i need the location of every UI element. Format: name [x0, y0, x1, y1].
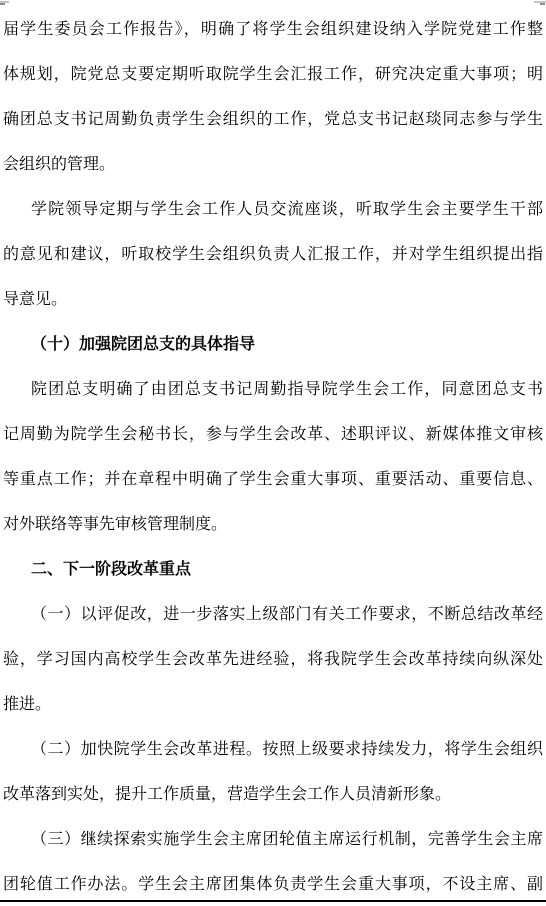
body-text-line: 确团总支书记周勤负责学生会组织的工作，党总支书记赵琰同志参与学生: [3, 97, 543, 142]
section-heading-line: 二、下一阶段改革重点: [3, 547, 543, 592]
body-text-line: 等重点工作；并在章程中明确了学生会重大事项、重要活动、重要信息、: [3, 457, 543, 502]
body-text-line: （一）以评促改，进一步落实上级部门有关工作要求，不断总结改革经: [3, 592, 543, 637]
body-text-line: 学院领导定期与学生会工作人员交流座谈，听取学生会主要学生干部: [3, 187, 543, 232]
body-text-line: 验，学习国内高校学生会改革先进经验，将我院学生会改革持续向纵深处: [3, 637, 543, 682]
body-text-line: 届学生委员会工作报告》，明确了将学生会组织建设纳入学院党建工作整: [3, 7, 543, 52]
body-text-line: 体规划，院党总支要定期听取院学生会汇报工作，研究决定重大事项；明: [3, 52, 543, 97]
body-text-line: 改革落到实处，提升工作质量，营造学生会工作人员清新形象。: [3, 772, 543, 817]
page-bottom-rule: [0, 900, 546, 902]
crop-mark-icon: [540, 3, 545, 5]
body-text-line: （三）继续探索实施学生会主席团轮值主席运行机制，完善学生会主席: [3, 817, 543, 862]
document-body: 届学生委员会工作报告》，明确了将学生会组织建设纳入学院党建工作整体规划，院党总支…: [3, 7, 543, 906]
body-text-line: 对外联络等事先审核管理制度。: [3, 502, 543, 547]
body-text-line: 记周勤为院学生会秘书长，参与学生会改革、述职评议、新媒体推文审核: [3, 412, 543, 457]
body-text-line: 导意见。: [3, 277, 543, 322]
body-text-line: 推进。: [3, 682, 543, 727]
body-text-line: 的意见和建议，听取校学生会组织负责人汇报工作，并对学生组织提出指: [3, 232, 543, 277]
body-text-line: 会组织的管理。: [3, 142, 543, 187]
body-text-line: （二）加快院学生会改革进程。按照上级要求持续发力，将学生会组织: [3, 727, 543, 772]
section-heading-line: （十）加强院团总支的具体指导: [3, 322, 543, 367]
crop-mark-icon: [0, 3, 5, 5]
body-text-line: 院团总支明确了由团总支书记周勤指导院学生会工作，同意团总支书: [3, 367, 543, 412]
